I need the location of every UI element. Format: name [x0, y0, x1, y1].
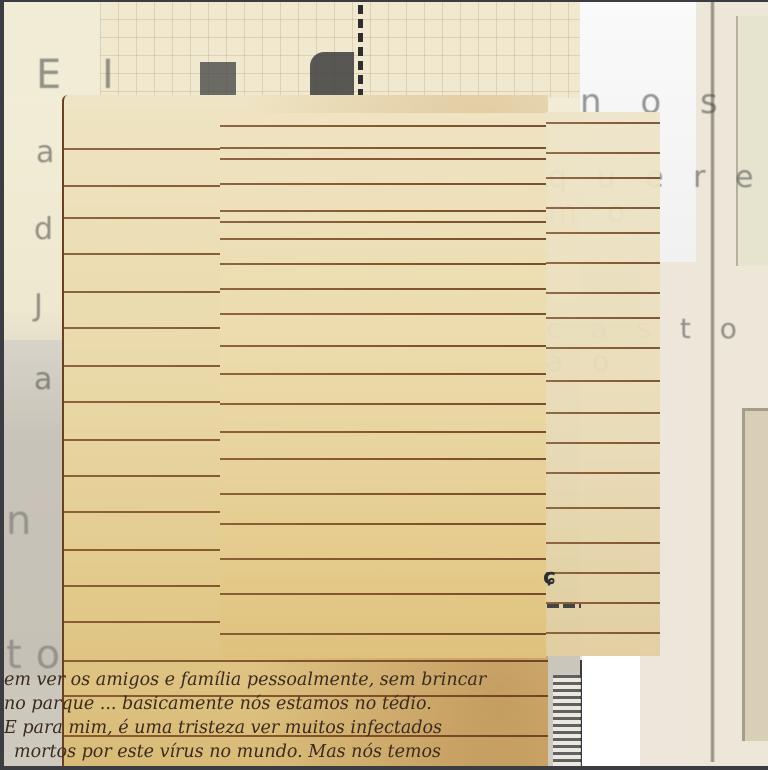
ruled-line — [546, 442, 660, 444]
ruled-line — [220, 288, 546, 290]
ruled-line — [546, 380, 660, 382]
ruled-line — [220, 125, 546, 127]
pencil-text-top-left: E I — [36, 52, 128, 98]
ruled-line — [546, 347, 660, 349]
frame-border-bottom — [0, 766, 768, 770]
hook-glyph: ɕ — [543, 566, 567, 590]
ruled-line — [220, 523, 546, 525]
ruled-line — [220, 158, 546, 160]
sketch-box-bottom — [742, 408, 768, 741]
ruled-line — [546, 542, 660, 544]
ruled-line — [220, 593, 546, 595]
ruled-line — [220, 345, 546, 347]
white-gap — [582, 655, 640, 766]
ruled-line — [546, 207, 660, 209]
ruled-line — [220, 558, 546, 560]
handwritten-line: E para mim, é uma tristeza ver muitos in… — [4, 716, 549, 740]
pencil-fragment-n: n — [6, 498, 45, 544]
stencil-block-2 — [310, 52, 354, 96]
ruled-line — [220, 403, 546, 405]
ruled-line — [220, 633, 546, 635]
ruled-line — [546, 232, 660, 234]
handwritten-line: mortos por este vírus no mundo. Mas nós … — [4, 740, 549, 764]
ruled-line — [546, 122, 660, 124]
ruled-line — [546, 472, 660, 474]
ruled-line — [546, 632, 660, 634]
ruled-line — [546, 317, 660, 319]
ruled-line — [220, 210, 546, 212]
handwritten-line: no parque ... basicamente nós estamos no… — [4, 692, 549, 716]
ruled-line — [220, 147, 546, 149]
pencil-letter-j: J — [34, 288, 57, 323]
ruled-line — [220, 263, 546, 265]
ruled-line — [546, 177, 660, 179]
ruled-line — [220, 313, 546, 315]
ruled-line — [546, 152, 660, 154]
ruled-line — [546, 507, 660, 509]
barcode-fragment — [553, 675, 581, 766]
ruled-line — [546, 262, 660, 264]
ruled-line — [220, 373, 546, 375]
ruled-line — [220, 183, 546, 185]
ruled-line — [64, 660, 548, 662]
handwritten-line: em ver os amigos e família pessoalmente,… — [4, 668, 549, 692]
ruled-line — [220, 221, 546, 223]
ruled-line — [546, 292, 660, 294]
lined-paper-overlay — [220, 113, 546, 658]
ruled-line — [220, 238, 546, 240]
ruled-line — [546, 412, 660, 414]
ruled-line — [220, 493, 546, 495]
dash-pair — [547, 604, 581, 608]
ruled-line — [220, 458, 546, 460]
stencil-block-1 — [200, 62, 236, 96]
ruled-line — [220, 431, 546, 433]
handwritten-passage: em ver os amigos e família pessoalmente,… — [4, 668, 549, 766]
dashed-line — [358, 5, 363, 97]
